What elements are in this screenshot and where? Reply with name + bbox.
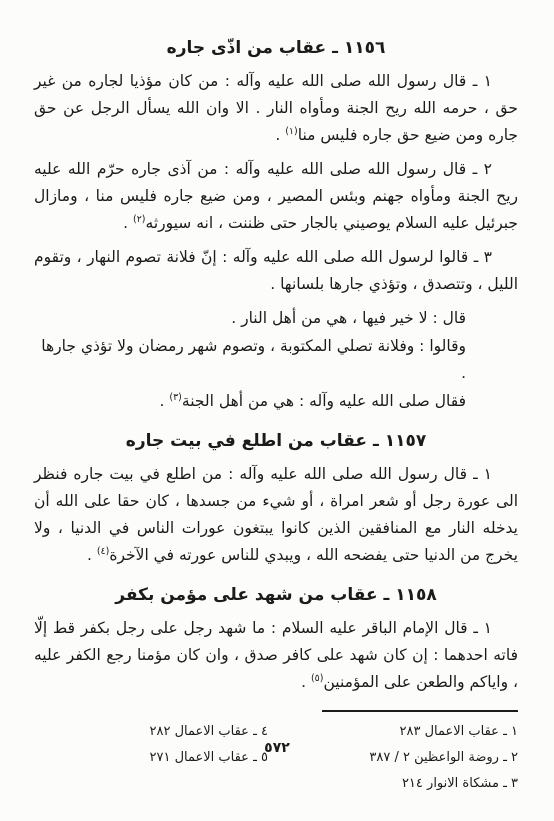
section-heading-1157: ١١٥٧ ـ عقاب من اطلع في بيت جاره	[34, 429, 518, 453]
dialogue-line: فقال صلى الله عليه وآله : هي من أهل الجن…	[34, 388, 518, 415]
hadith-paragraph: ١ ـ قال رسول الله صلى الله عليه وآله : م…	[34, 68, 518, 149]
hadith-paragraph: ١ ـ قال رسول الله صلى الله عليه وآله : م…	[34, 461, 518, 569]
section-heading-1156: ١١٥٦ ـ عقاب من اذّى جاره	[34, 36, 518, 60]
book-page: ١١٥٦ ـ عقاب من اذّى جاره ١ ـ قال رسول ال…	[0, 0, 554, 821]
footnote-item: ٣ ـ مشكاة الانوار ٢١٤	[322, 771, 518, 797]
page-number: ٥٧٢	[0, 740, 554, 756]
hadith-paragraph: ١ ـ قال الإمام الباقر عليه السلام : ما ش…	[34, 615, 518, 696]
section-heading-1158: ١١٥٨ ـ عقاب من شهد على مؤمن بكفر	[34, 583, 518, 607]
dialogue-line: وقالوا : وفلانة تصلي المكتوبة ، وتصوم شه…	[34, 333, 518, 387]
hadith-paragraph: ٢ ـ قال رسول الله صلى الله عليه وآله : م…	[34, 156, 518, 237]
hadith-paragraph: ٣ ـ قالوا لرسول الله صلى الله عليه وآله …	[34, 244, 518, 298]
dialogue-line: قال : لا خير فيها ، هي من أهل النار .	[34, 305, 518, 332]
page-content: ١١٥٦ ـ عقاب من اذّى جاره ١ ـ قال رسول ال…	[0, 0, 554, 797]
